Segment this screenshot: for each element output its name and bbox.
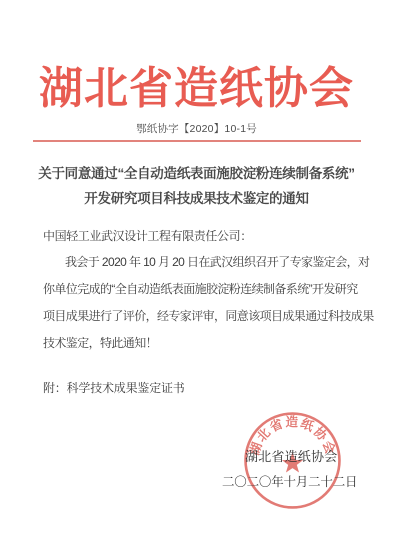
- body-line: 我会于 2020 年 10 月 20 日在武汉组织召开了专家鉴定会，对: [43, 249, 363, 276]
- notice-title-line2: 开发研究项目科技成果技术鉴定的通知: [0, 186, 393, 211]
- notice-title: 关于同意通过“全自动造纸表面施胶淀粉连续制备系统” 开发研究项目科技成果技术鉴定…: [0, 161, 393, 211]
- document-number: 鄂纸协字【2020】10-1号: [0, 121, 393, 136]
- official-notice-document: 湖北省造纸协会 鄂纸协字【2020】10-1号 关于同意通过“全自动造纸表面施胶…: [0, 0, 393, 544]
- body-line: 你单位完成的“全自动造纸表面施胶淀粉连续制备系统”开发研究: [43, 276, 363, 303]
- signature-org-name: 湖北省造纸协会: [245, 446, 337, 465]
- attachment-line: 附：科学技术成果鉴定证书: [43, 379, 185, 396]
- notice-body: 我会于 2020 年 10 月 20 日在武汉组织召开了专家鉴定会，对 你单位完…: [43, 249, 363, 357]
- notice-title-line1: 关于同意通过“全自动造纸表面施胶淀粉连续制备系统”: [0, 161, 393, 186]
- signature-date: 二〇二〇年十月二十二日: [222, 472, 357, 490]
- body-line: 项目成果进行了评价，经专家评审，同意该项目成果通过科技成果: [43, 303, 363, 330]
- letterhead-org-name: 湖北省造纸协会: [0, 52, 393, 116]
- addressee-line: 中国轻工业武汉设计工程有限责任公司：: [43, 227, 252, 244]
- letterhead-divider: [33, 140, 361, 142]
- body-line: 技术鉴定，特此通知！: [43, 330, 363, 357]
